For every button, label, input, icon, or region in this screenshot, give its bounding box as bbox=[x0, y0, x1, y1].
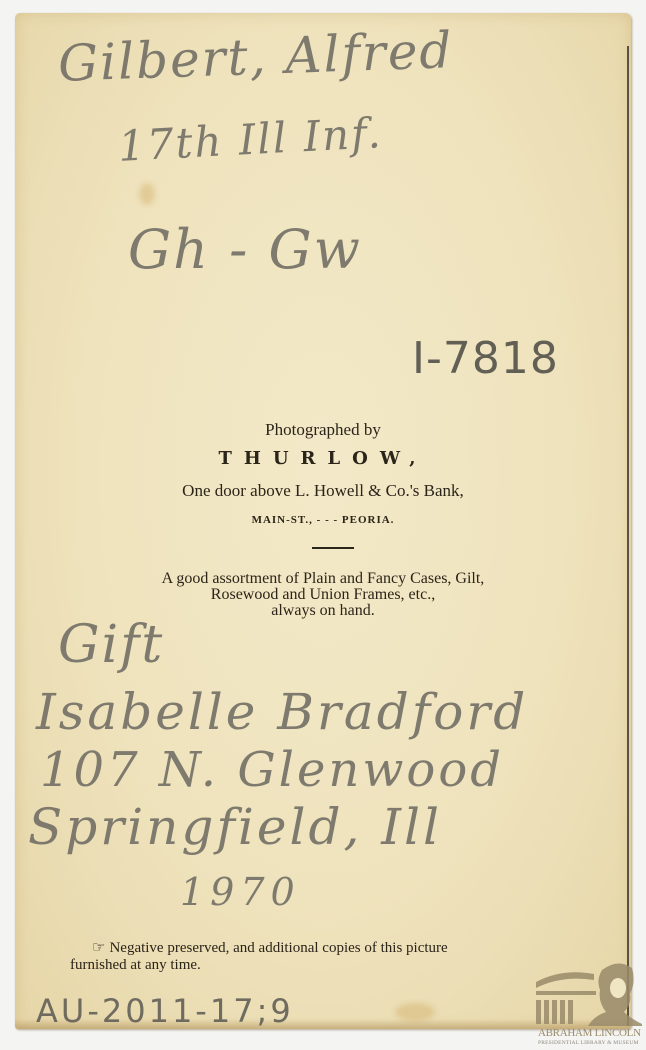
imprint-address: One door above L. Howell & Co.'s Bank, bbox=[0, 481, 646, 501]
handwritten-index: Gh - Gw bbox=[128, 218, 362, 281]
accession-number: AU-2011-17;9 bbox=[36, 992, 294, 1030]
watermark-subtitle: PRESIDENTIAL LIBRARY & MUSEUM bbox=[538, 1040, 646, 1046]
imprint-advertisement: A good assortment of Plain and Fancy Cas… bbox=[0, 571, 646, 619]
card-edge bbox=[627, 46, 629, 1026]
ad-line-1: A good assortment of Plain and Fancy Cas… bbox=[0, 571, 646, 587]
handwritten-year: 1970 bbox=[180, 870, 301, 914]
handwritten-donor-street: 107 N. Glenwood bbox=[40, 742, 504, 798]
paper-stain bbox=[395, 1003, 435, 1021]
handwritten-donor-name: Isabelle Bradford bbox=[36, 683, 528, 741]
notice-line-2: furnished at any time. bbox=[70, 957, 590, 974]
handwritten-gift: Gift bbox=[58, 615, 164, 675]
pointing-hand-icon: ☞ bbox=[92, 940, 105, 956]
catalog-number: I-7818 bbox=[412, 333, 559, 384]
imprint-studio-name: THURLOW, bbox=[0, 448, 646, 469]
imprint-photographed-by: Photographed by bbox=[0, 420, 646, 440]
imprint-street-city: MAIN-ST., - - - PEORIA. bbox=[0, 514, 646, 526]
paper-stain bbox=[139, 183, 155, 205]
ad-line-2: Rosewood and Union Frames, etc., bbox=[0, 587, 646, 603]
handwritten-donor-city: Springfield, Ill bbox=[28, 798, 442, 856]
watermark-title: ABRAHAM LINCOLN bbox=[538, 1027, 646, 1039]
imprint-divider bbox=[312, 547, 354, 549]
notice-line-1: Negative preserved, and additional copie… bbox=[109, 940, 447, 956]
imprint-notice: ☞Negative preserved, and additional copi… bbox=[70, 940, 590, 974]
